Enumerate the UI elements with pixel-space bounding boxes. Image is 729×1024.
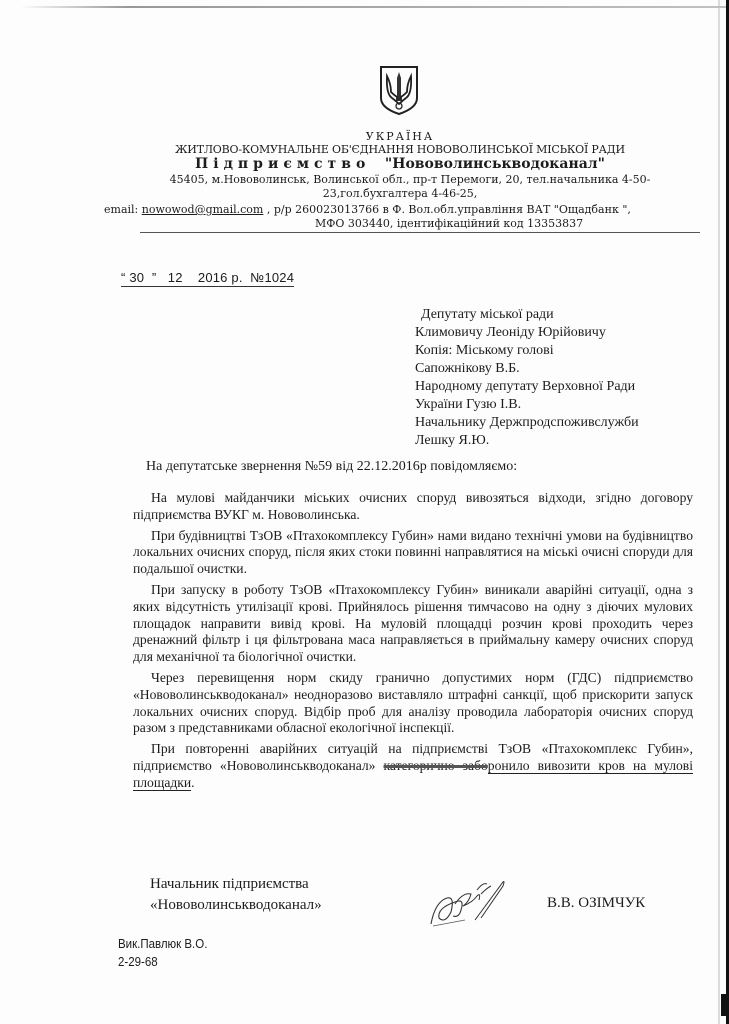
body-paragraph: При будівництві ТзОВ «Птахокомплексу Губ… bbox=[133, 528, 693, 578]
signer-title: Начальник підприємства «Нововолинськводо… bbox=[150, 874, 322, 916]
header-country: УКРАЇНА bbox=[100, 130, 700, 143]
company-prefix: Підприємство bbox=[195, 156, 370, 172]
letter-body: На мулові майданчики міських очисних спо… bbox=[133, 490, 693, 796]
executor-block: Вик.Павлюк В.О. 2-29-68 bbox=[118, 935, 207, 971]
addressee-line: Сапожнікову В.Б. bbox=[415, 360, 639, 378]
trident-coat-of-arms-icon bbox=[378, 64, 420, 116]
final-period: . bbox=[191, 775, 194, 790]
underlined-text: площадки bbox=[133, 775, 191, 791]
intro-line: На депутатське звернення №59 від 22.12.2… bbox=[146, 459, 517, 475]
company-name: "Нововолинськводоканал" bbox=[385, 156, 605, 172]
header-address-line1: 45405, м.Нововолинськ, Волинської обл., … bbox=[120, 173, 700, 186]
header-organization: ЖИТЛОВО-КОМУНАЛЬНЕ ОБ'ЄДНАННЯ НОВОВОЛИНС… bbox=[100, 143, 700, 156]
addressee-line: Копія: Міському голові bbox=[415, 342, 639, 360]
scan-page-edge-top bbox=[20, 6, 729, 8]
addressee-line: Начальнику Держпродспоживслужби bbox=[415, 414, 639, 432]
struck-through-text: категорично забо bbox=[384, 758, 488, 773]
scan-page-edge-right bbox=[718, 0, 720, 1024]
handwritten-signature-icon bbox=[425, 872, 525, 932]
header-divider bbox=[140, 232, 700, 233]
body-paragraph-final: При повторенні аварійних ситуацій на під… bbox=[133, 741, 693, 791]
header-ids-line: МФО 303440, ідентифікаційний код 1335383… bbox=[315, 217, 635, 230]
signer-title-line1: Начальник підприємства bbox=[150, 874, 322, 895]
email-link[interactable]: nowowod@gmail.com bbox=[142, 203, 264, 216]
addressee-line: Климовичу Леоніду Юрійовичу bbox=[415, 324, 639, 342]
bank-details: , р/р 260023013766 в Ф. Вол.обл.управлін… bbox=[267, 203, 631, 216]
addressee-line: України Гузю І.В. bbox=[415, 396, 639, 414]
signer-title-line2: «Нововолинськводоканал» bbox=[150, 895, 322, 916]
body-paragraph: При запуску в роботу ТзОВ «Птахокомплекс… bbox=[133, 582, 693, 666]
signer-name: В.В. ОЗІМЧУК bbox=[547, 895, 645, 912]
executor-name: Вик.Павлюк В.О. bbox=[118, 935, 207, 953]
header-company: Підприємство "Нововолинськводоканал" bbox=[100, 156, 700, 172]
addressee-line: Депутату міської ради bbox=[415, 306, 639, 324]
header-address-line2: 23,гол.бухгалтера 4-46-25, bbox=[100, 187, 700, 200]
header-bank-line: email: nowowod@gmail.com , р/р 260023013… bbox=[90, 203, 704, 216]
date-and-number: “ 30 ” 12 2016 р. №1024 bbox=[121, 270, 294, 287]
executor-phone: 2-29-68 bbox=[118, 953, 207, 971]
email-label: email: bbox=[104, 203, 138, 216]
addressee-block: Депутату міської ради Климовичу Леоніду … bbox=[415, 306, 639, 450]
final-text-part2: ронило вивозити кров на мулові bbox=[488, 758, 693, 774]
addressee-line: Народному депутату Верховної Ради bbox=[415, 378, 639, 396]
scan-corner-mark bbox=[721, 994, 729, 1016]
addressee-line: Лешку Я.Ю. bbox=[415, 432, 639, 450]
body-paragraph: На мулові майданчики міських очисних спо… bbox=[133, 490, 693, 524]
body-paragraph: Через перевищення норм скиду гранично до… bbox=[133, 670, 693, 737]
